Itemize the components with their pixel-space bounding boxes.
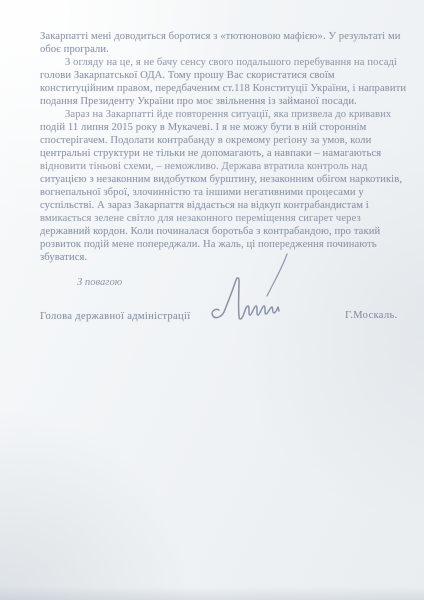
body-line: подання Президенту України про моє звіль… <box>40 95 400 108</box>
body-line: центральні структури не тільки не допома… <box>40 147 400 160</box>
signer-name: Г.Москаль. <box>345 310 398 321</box>
signature <box>205 246 300 331</box>
signature-scrawl-stroke <box>212 278 279 319</box>
body-line: Закарпатті мені доводиться боротися з «т… <box>40 30 400 43</box>
body-line: державний кордон. Коли починалася бороть… <box>40 225 400 238</box>
body-line: подій 11 липня 2015 року в Мукачеві. І я… <box>40 121 400 134</box>
body-line: вмикається зелене світло для незаконного… <box>40 212 400 225</box>
scanned-letter-page: Закарпатті мені доводиться боротися з «т… <box>0 0 424 600</box>
letter-body: Закарпатті мені доводиться боротися з «т… <box>40 30 400 264</box>
body-line: суспільстві. А зараз Закарпаття віддаєть… <box>40 199 400 212</box>
body-line: ситуацією з незаконним видобутком буршти… <box>40 173 400 186</box>
body-line: спостерігачем. Подолати контрабанду в ок… <box>40 134 400 147</box>
closing-salutation: З повагою <box>77 277 122 288</box>
body-line: обоє програли. <box>40 43 400 56</box>
signature-flourish-stroke <box>267 254 287 296</box>
signer-title: Голова державної адміністрації <box>40 311 190 322</box>
body-line: голови Закарпатської ОДА. Тому прошу Вас… <box>40 69 400 82</box>
body-line: Зараз на Закарпатті йде повторення ситуа… <box>40 108 400 121</box>
body-line: З огляду на це, я не бачу сенсу свого по… <box>40 56 400 69</box>
body-line: конституційним правом, передбаченим ст.1… <box>40 82 400 95</box>
body-line: відновити тіньові схеми, – неможливо. Де… <box>40 160 400 173</box>
body-line: вогнепальної зброї, злочинністю та іншим… <box>40 186 400 199</box>
